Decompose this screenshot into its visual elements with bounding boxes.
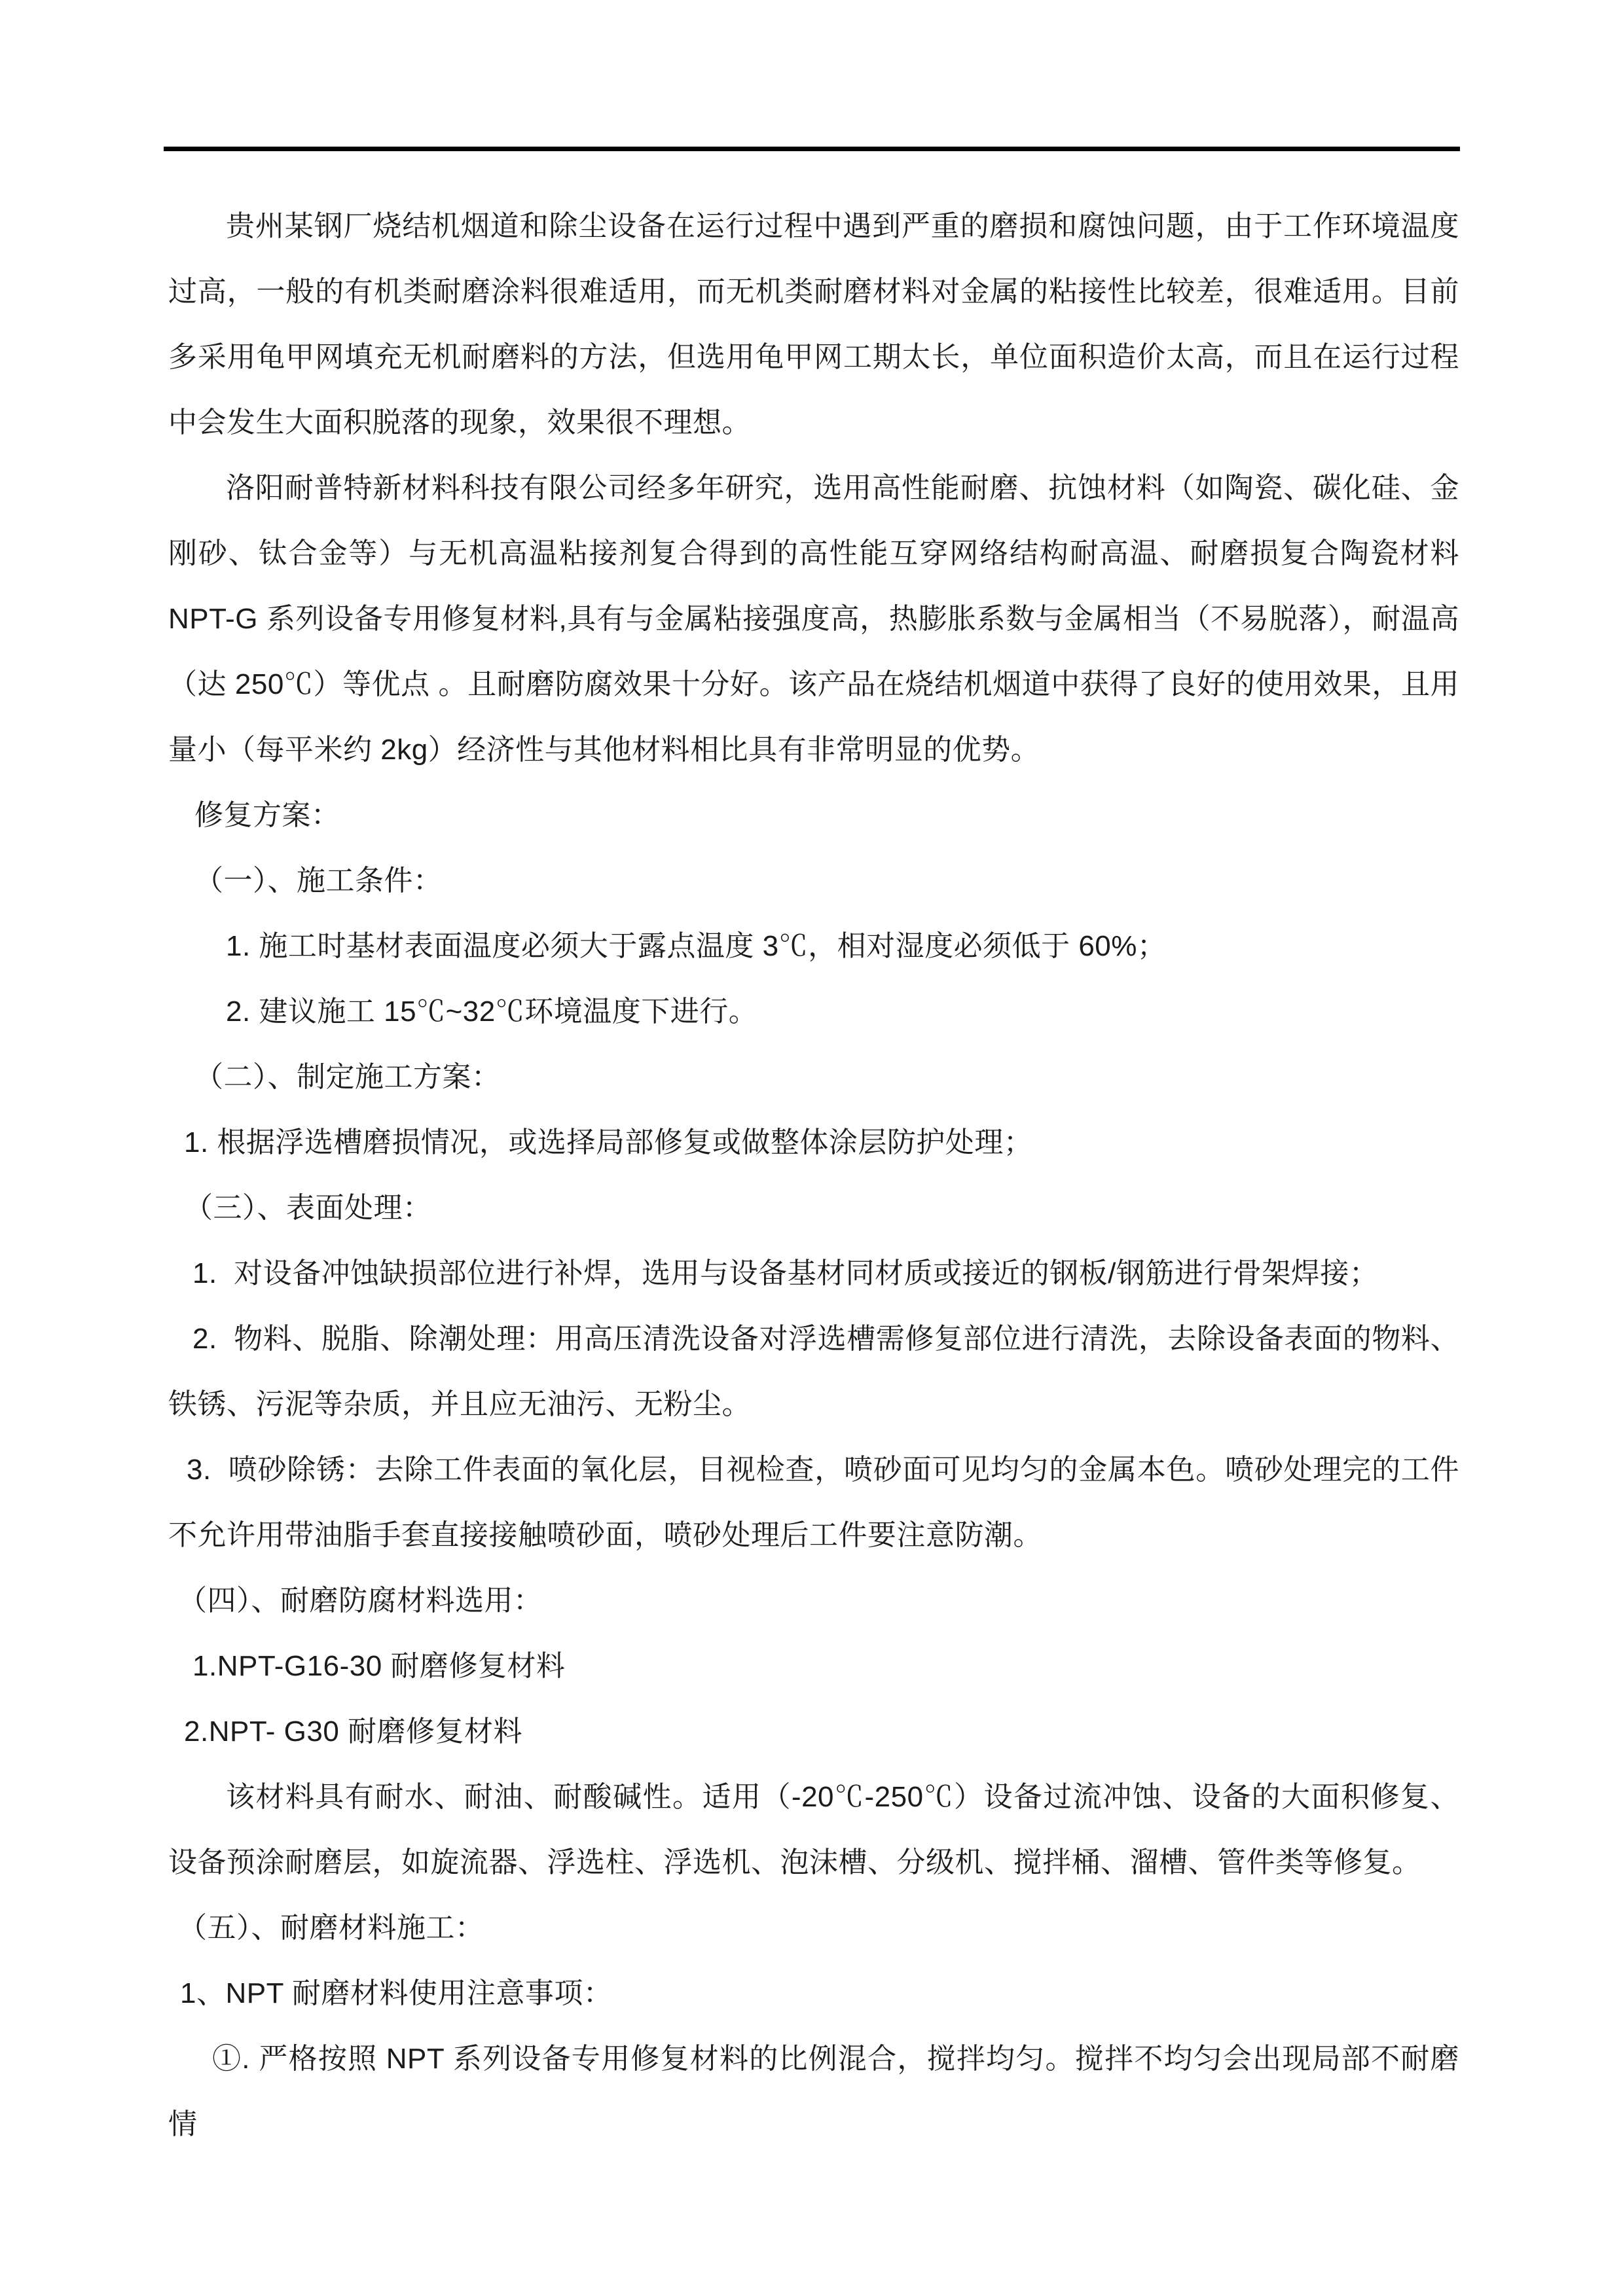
- header-divider-line: [164, 147, 1460, 151]
- item-material-2: 2.NPT- G30 耐磨修复材料: [168, 1699, 1459, 1765]
- item-usage-note-1: ①. 严格按照 NPT 系列设备专用修复材料的比例混合，搅拌均匀。搅拌不均匀会出…: [168, 2026, 1459, 2157]
- heading-section-5-material-application: （五）、耐磨材料施工：: [168, 1895, 1459, 1961]
- heading-repair-plan: 修复方案：: [168, 783, 1459, 848]
- paragraph-material-properties: 该材料具有耐水、耐油、耐酸碱性。适用（-20℃-250℃）设备过流冲蚀、设备的大…: [168, 1765, 1459, 1895]
- heading-section-1-construction-conditions: （一）、施工条件：: [168, 848, 1459, 914]
- item-scheme-1: 1. 根据浮选槽磨损情况，或选择局部修复或做整体涂层防护处理；: [168, 1110, 1459, 1175]
- heading-section-3-surface-treatment: （三）、表面处理：: [168, 1175, 1459, 1241]
- heading-section-2-construction-scheme: （二）、制定施工方案：: [168, 1045, 1459, 1110]
- item-condition-1: 1. 施工时基材表面温度必须大于露点温度 3℃，相对湿度必须低于 60%；: [168, 914, 1459, 979]
- item-surface-1-welding: 1. 对设备冲蚀缺损部位进行补焊，选用与设备基材同材质或接近的钢板/钢筋进行骨架…: [168, 1241, 1459, 1306]
- heading-npt-usage-notes: 1、NPT 耐磨材料使用注意事项：: [168, 1961, 1459, 2026]
- paragraph-company-solution: 洛阳耐普特新材料科技有限公司经多年研究，选用高性能耐磨、抗蚀材料（如陶瓷、碳化硅…: [168, 456, 1459, 783]
- item-surface-2-cleaning: 2. 物料、脱脂、除潮处理：用高压清洗设备对浮选槽需修复部位进行清洗，去除设备表…: [168, 1306, 1459, 1437]
- heading-section-4-material-selection: （四）、耐磨防腐材料选用：: [168, 1568, 1459, 1634]
- item-surface-3-sandblasting: 3. 喷砂除锈：去除工件表面的氧化层，目视检查，喷砂面可见均匀的金属本色。喷砂处…: [168, 1437, 1459, 1568]
- document-body: 贵州某钢厂烧结机烟道和除尘设备在运行过程中遇到严重的磨损和腐蚀问题，由于工作环境…: [168, 194, 1459, 2157]
- paragraph-problem-background: 贵州某钢厂烧结机烟道和除尘设备在运行过程中遇到严重的磨损和腐蚀问题，由于工作环境…: [168, 194, 1459, 456]
- document-page: 贵州某钢厂烧结机烟道和除尘设备在运行过程中遇到严重的磨损和腐蚀问题，由于工作环境…: [0, 0, 1623, 2296]
- item-condition-2: 2. 建议施工 15℃~32℃环境温度下进行。: [168, 979, 1459, 1045]
- item-material-1: 1.NPT-G16-30 耐磨修复材料: [168, 1634, 1459, 1699]
